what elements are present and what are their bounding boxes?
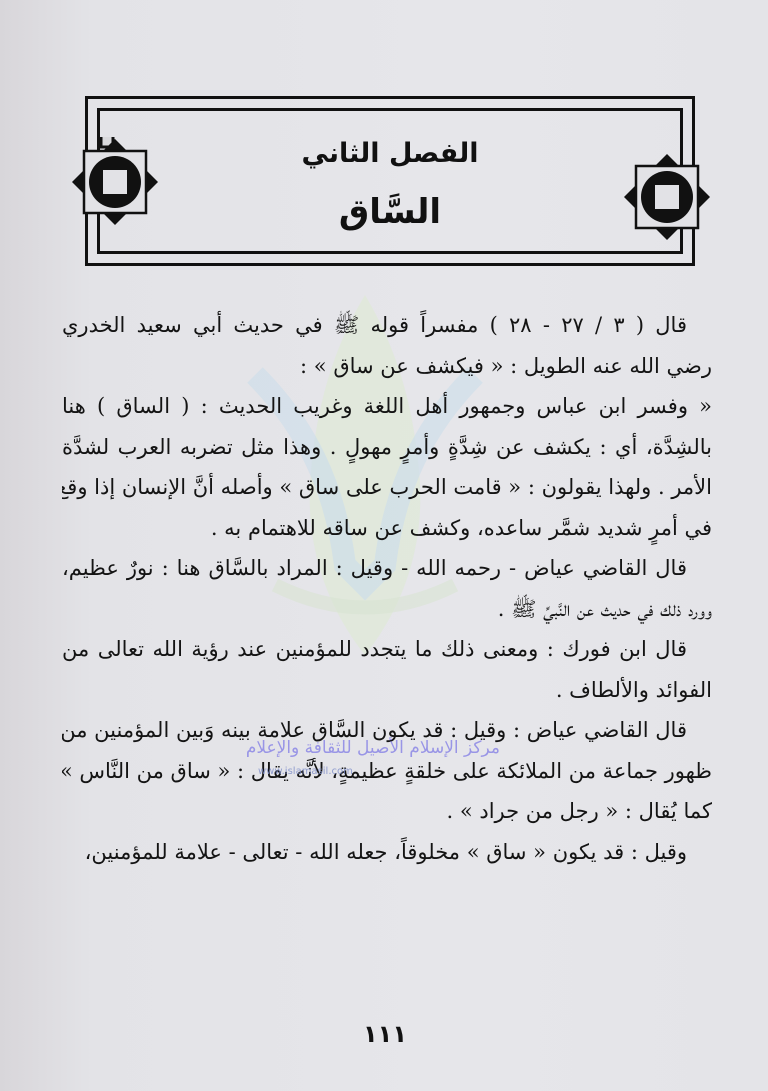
ornament-left-icon [70, 137, 160, 227]
watermark-url: www.islamasil.com [258, 766, 353, 777]
text-line: قال القاضي عياض - رحمه الله - وقيل : الم… [62, 548, 712, 589]
text-line: وورد ذلك في حديث عن النَّبيِّ ﷺ . [62, 589, 712, 630]
text-line: قال ( ٣ / ٢٧ - ٢٨ ) مفسراً قوله ﷺ في حدي… [62, 305, 712, 346]
header-frame-inner [97, 108, 683, 254]
text-line: وقيل : قد يكون « ساق » مخلوقاً، جعله الل… [62, 832, 712, 873]
text-line: قال ابن فورك : ومعنى ذلك ما يتجدد للمؤمن… [62, 629, 712, 670]
watermark-text: مركز الإسلام الأصيل للثقافة والإعلام [255, 738, 500, 758]
body-text: قال ( ٣ / ٢٧ - ٢٨ ) مفسراً قوله ﷺ في حدي… [62, 305, 712, 872]
ornament-right-icon [622, 152, 712, 242]
page-number: ١١١ [340, 1020, 430, 1048]
text-line: رضي الله عنه الطويل : « فيكشف عن ساق » : [62, 346, 712, 387]
scanned-book-page: الفصل الثاني السَّاق قال ( ٣ / ٢٧ - ٢٨ )… [0, 0, 768, 1091]
text-line: في أمرٍ شديد شمَّر ساعده، وكشف عن ساقه ل… [62, 508, 712, 549]
text-line: الفوائد والألطاف . [62, 670, 712, 711]
chapter-title: الفصل الثاني [200, 138, 580, 169]
chapter-subtitle: السَّاق [200, 192, 580, 232]
text-line: الأمر . ولهذا يقولون : « قامت الحرب على … [62, 467, 712, 508]
text-line: « وفسر ابن عباس وجمهور أهل اللغة وغريب ا… [62, 386, 712, 427]
text-line: بالشِدَّة، أي : يكشف عن شِدَّةٍ وأمرٍ مه… [62, 427, 712, 468]
text-line: كما يُقال : « رجل من جراد » . [62, 791, 712, 832]
